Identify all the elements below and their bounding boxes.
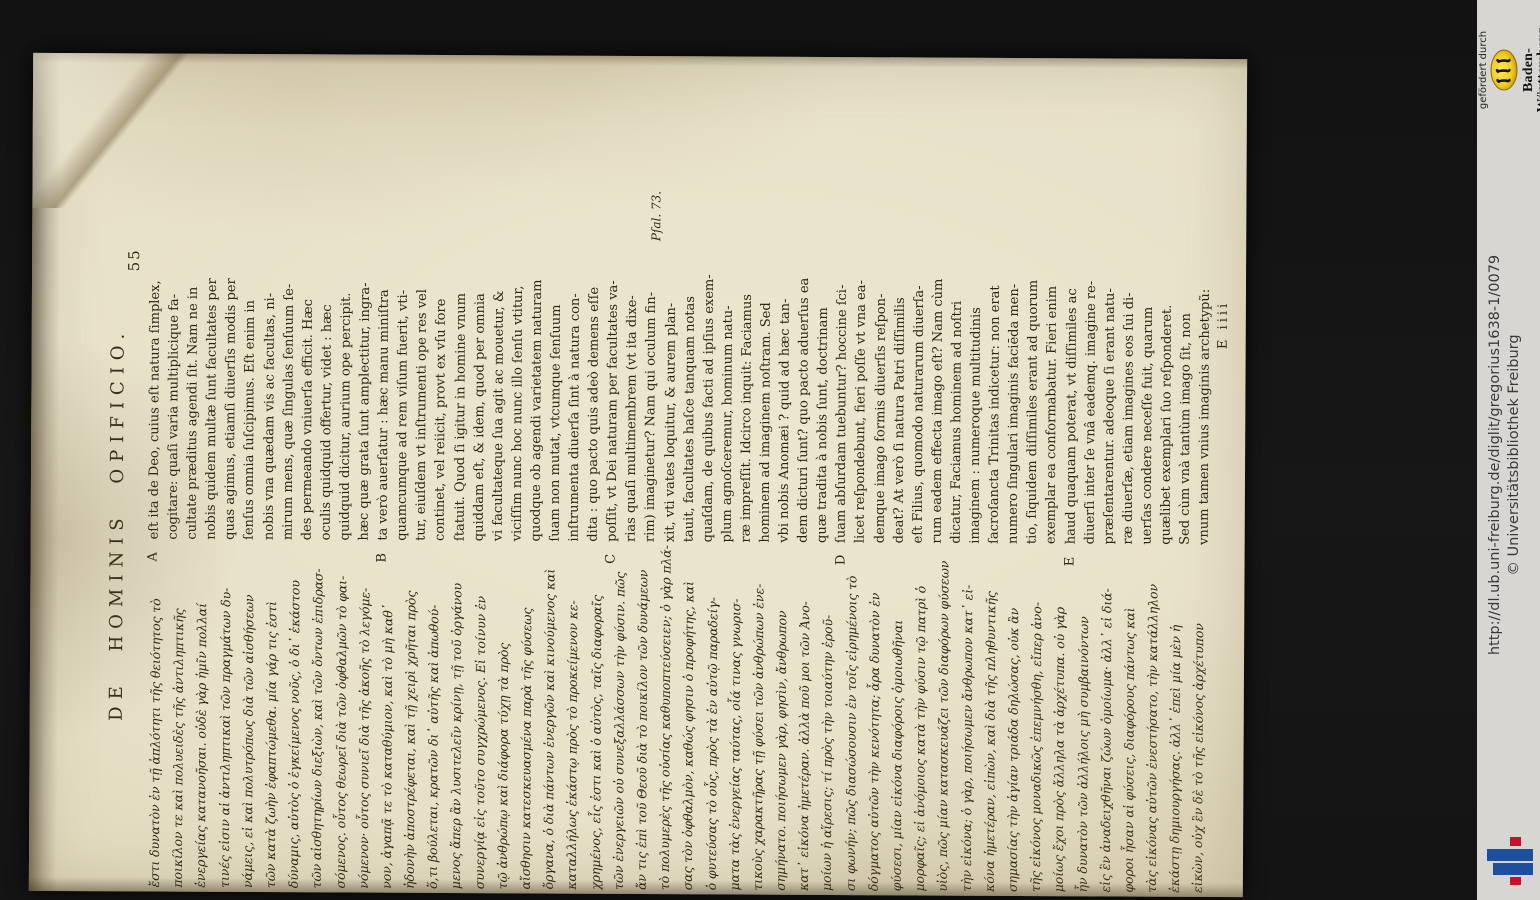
psalm-margin-note: Pſal. 73. <box>649 191 663 241</box>
latin-text-line: quæ tradita à nobis ſunt, doctrinam <box>813 245 834 543</box>
section-letter-b: B <box>375 553 390 563</box>
latin-text-line: plum agnoſceremur, hominum natu- <box>717 244 738 542</box>
latin-text-line: imaginem : numeroque multitudinis <box>966 246 987 544</box>
greek-text-line: ἦν δυνατὸν τῶν ἀλλήλοις μὴ συμβαινόντων <box>1070 556 1095 892</box>
latin-text-line: ræ diuerſæ, etiam imagines eos ſui di- <box>1118 247 1139 545</box>
greek-text-line: τῶν κατὰ ζωὴν ἐφαπτώμεθα. μία γάρ τις ἐσ… <box>259 552 284 888</box>
latin-text-line: poſſit, vt Dei naturam per facultates va… <box>603 244 624 542</box>
greek-text-line: κατ᾽ εἰκόνα ἡμετέραν. ἀλλὰ ποῦ μοι τῶν Ἀ… <box>792 555 817 891</box>
book-page: DE HOMINIS OPIFICIO. 55 ἔστι δυνατὸν ἐν … <box>29 53 1247 897</box>
greek-text-line: τὸ πολυμερὲς τῆς οὐσίας καθυποπτεύσειεν;… <box>653 554 678 890</box>
latin-text-line: viciſſim nunc hoc nunc illo ſenſu vtitur… <box>507 243 528 541</box>
greek-text-line: μοίων ἡ αἵρεσις; τί πρὸς τὴν τοιαύτην ἐρ… <box>815 555 840 891</box>
section-letter-c: C <box>604 554 619 564</box>
greek-text-line: τικοὺς χαρακτῆρας τῇ φύσει τῶν ἀνθρώπων … <box>746 555 771 891</box>
greek-text-line: νον, ἀγαπᾷ τε τὸ καταθύμιον, καὶ τὸ μὴ κ… <box>375 553 400 889</box>
ub-logo-blue-bar <box>1493 863 1533 875</box>
latin-text-line: nobis vna quædam vis ac facultas, ni- <box>259 242 280 540</box>
greek-text-line: σόμενος. οὗτος θεωρεῖ διὰ τῶν ὀφθαλμῶν τ… <box>328 552 353 888</box>
bw-wordmark: Baden-Württemberg <box>1522 6 1540 134</box>
latin-text-line: quodque ob agendi varietatem naturam <box>527 243 548 541</box>
latin-text-line: eſt ita de Deo, cuius eſt natura ſimplex… <box>145 241 166 539</box>
digitization-url: http://dl.ub.uni-freiburg.de/diglit/greg… <box>1486 185 1505 725</box>
latin-text-line: præſentarentur. adeoque ſi erant natu- <box>1099 246 1120 544</box>
ub-freiburg-logo-icon <box>1485 829 1533 885</box>
section-letter-d: D <box>834 555 849 566</box>
latin-text-line: demque imago formis diuerſis reſpon- <box>870 245 891 543</box>
latin-text-line: quaſdam, de quibus facti ad ipſius exem- <box>698 244 719 542</box>
greek-text-line: σας τὸν ὀφθαλμὸν, καθώς φησιν ὁ προφήτης… <box>676 554 701 890</box>
greek-text-line: μορφαῖς; εἰ ἀνόμοιος κατὰ τὴν φύσιν τῷ π… <box>908 555 933 891</box>
latin-text-line: xit, vti vates loquitur, & aurem plan- <box>660 244 681 542</box>
latin-text-line: dem dicturi ſunt? quo pacto aduerſus ea <box>794 245 815 543</box>
latin-text-line: quidquid dicitur, aurium ope percipit. <box>336 242 357 540</box>
latin-text-line: oculis quidquid offertur, videt : hæc <box>316 242 337 540</box>
latin-text-line: mirum mens, quæ ſingulas ſenſuum ſe- <box>278 242 299 540</box>
greek-text-line: ἐνεργείας κατανοῆσαι. οὐδὲ γὰρ ἡμῖν πολλ… <box>189 552 214 888</box>
latin-text-line: dita : quo pacto quis adeò demens eſſe <box>584 244 605 542</box>
greek-text-line: μενος ἅπερ ἂν λυσιτελεῖν κρίνῃ, τῇ τοῦ ὀ… <box>444 553 469 889</box>
library-banner-rotated: http://dl.ub.uni-freiburg.de/diglit/greg… <box>1477 0 1540 900</box>
ub-logo-blue-bar <box>1487 849 1533 861</box>
greek-text-line: τὰς εἰκόνας αὐτῶν ἐνεστήσατο, τὴν κατάλλ… <box>1140 557 1165 893</box>
greek-text-line: ὅ,τι βούλεται, κρατῶν δι᾽ αὐτῆς καὶ ἀπωθ… <box>421 553 446 889</box>
latin-text-line: ſacroſancta Trinitas indicetur: non erat <box>985 246 1006 544</box>
latin-text-line: tio, ſiquidem diſſimiles erant ad quorum <box>1023 246 1044 544</box>
greek-text-line: τῶν ἐνεργειῶν οὐ συνεξαλλάσσων τὴν φύσιν… <box>607 554 632 890</box>
library-banner: http://dl.ub.uni-freiburg.de/diglit/greg… <box>1477 0 1540 900</box>
latin-text-line: vnum tamen vnius imaginis archetypũ: <box>1195 247 1216 545</box>
greek-text-line: τινές εἰσιν αἱ ἀντιληπτικαὶ τῶν πραγμάτω… <box>212 552 237 888</box>
greek-text-line: ἑκάστῃ δημιουργήσας. ἀλλ᾽ ἐπεὶ μία μὲν ἡ <box>1163 557 1188 893</box>
latin-text-line: ſuam non mutat, vtcumque ſenſuum <box>546 244 567 542</box>
greek-text-line: σημήνατο. ποιήσωμεν γὰρ, φησὶν, ἄνθρωπον <box>769 555 794 891</box>
greek-text-line: σι φωνήν; πῶς διασώσουσιν ἐν τοῖς εἰρημέ… <box>838 555 863 891</box>
latin-text-line: tauit, facultates haſce tanquam notas <box>679 244 700 542</box>
latin-text-line: licet reſpondebunt, fieri poſſe vt vna e… <box>851 245 872 543</box>
latin-text-line: uerſas condere neceſſe fuit, quarum <box>1138 247 1159 545</box>
greek-text-line: τῷ ἀνθρώπῳ καὶ διάφορα τύχῃ τὰ πρὸς <box>491 553 516 889</box>
greek-text-line: δόγματος αὐτῶν τὴν κενότητα; ἆρα δυνατὸν… <box>862 555 887 891</box>
greek-text-line: τῶν αἰσθητηρίων διεξιὼν, καὶ τῶν ὄντων ἐ… <box>305 552 330 888</box>
latin-text-line: diuerſi inter ſe vnâ eademq. imagine re- <box>1080 246 1101 544</box>
greek-text-line: ἔστι δυνατὸν ἐν τῇ ἁπλότητι τῆς θειότητο… <box>143 551 168 887</box>
latin-text-line: exemplar ea conformabatur. Fieri enim <box>1042 246 1063 544</box>
bw-three-lions-icon <box>1490 49 1518 91</box>
greek-text-line: τὴν εἰκόνα; ὁ γὰρ, ποιήσωμεν ἄνθρωπον κα… <box>954 556 979 892</box>
latin-text-line: ſenſus omnia ſuſcipimus. Eſt enim in <box>240 242 261 540</box>
scan-viewer: DE HOMINIS OPIFICIO. 55 ἔστι δυνατὸν ἐν … <box>0 0 1540 900</box>
greek-text-line: σημασίας τὴν ἁγίαν τριάδα δηλώσας, οὐκ ἂ… <box>1001 556 1026 892</box>
page-number: 55 <box>125 248 143 271</box>
section-letter-a: A <box>146 552 161 561</box>
latin-text-line: ſtatuit. Quod ſi igitur in homine vnum <box>450 243 471 541</box>
latin-text-line: vbi nobis Anomæi ? quid ad hæc tan- <box>775 245 796 543</box>
latin-text-line: deat? At verò ſi natura Patri diſſimilis <box>889 245 910 543</box>
greek-text-line: ποικίλον τε καὶ πολυειδὲς τῆς ἀντιληπτικ… <box>166 552 191 888</box>
greek-text-line: συνεργίᾳ εἰς τοῦτο συγχρώμενος. Εἰ τοίνυ… <box>467 553 492 889</box>
latin-text-line: hæc quæ grata ſunt amplectitur, ingra- <box>355 243 376 541</box>
latin-text-line: rias quaſi multimembrem (vt ita dixe- <box>622 244 643 542</box>
latin-text-line: numero ſingulari imaginis faciēda men- <box>1004 246 1025 544</box>
latin-text-line: hominem ad imaginem noſtram. Sed <box>756 245 777 543</box>
quire-signature: E iiii <box>1216 301 1231 349</box>
greek-text-line: εἰκὼν, οὐχ ἓν δὲ τὸ τῆς εἰκόνος ἀρχέτυπο… <box>1186 557 1211 893</box>
banner-text-block: http://dl.ub.uni-freiburg.de/diglit/greg… <box>1486 185 1524 725</box>
latin-text-line: cogitare: quaſi varia multiplicique fa- <box>164 242 185 540</box>
greek-text-line: ματα τὰς ἐνεργείας ταύτας, οἷά τινας γνω… <box>723 554 748 890</box>
latin-text-line: eſt Filius, quomodo naturarum diuerſa- <box>908 245 929 543</box>
latin-text-line: haud quaquam poterat, vt diſſimiles ac <box>1061 246 1082 544</box>
greek-text-line: μοίως ἔχοι πρὸς ἄλληλα τὰ ἀρχέτυπα. οὐ γ… <box>1047 556 1072 892</box>
latin-text-line: dicatur, Faciamus hominem ad noſtri <box>947 246 968 544</box>
latin-text-line: vi facultateque ſua agit ac mouetur, & <box>488 243 509 541</box>
greek-text-line: χρημένος, εἷς ἐστι καὶ ὁ αὐτὸς, ταῖς δια… <box>583 554 608 890</box>
page-content-rotated: DE HOMINIS OPIFICIO. 55 ἔστι δυνατὸν ἐν … <box>29 53 1247 897</box>
copyright-notice: © Universitätsbibliothek Freiburg <box>1505 185 1524 725</box>
latin-text-line: continet, vel reiicit, provt ex vſu fore <box>431 243 452 541</box>
greek-text-line: δύναμις, αὐτὸς ὁ ἐγκείμενος νοῦς, ὁ δι᾽ … <box>282 552 307 888</box>
funding-credit-label: gefördert durch <box>1479 6 1489 134</box>
greek-text-line: ἄν τις ἐπὶ τοῦ Θεοῦ διὰ τὸ ποικίλον τῶν … <box>630 554 655 890</box>
greek-text-line: ὄργανα, ὁ διὰ πάντων ἐνεργῶν καὶ κινούμε… <box>537 553 562 889</box>
greek-text-line: φοροι ἦσαν αἱ φύσεις, διαφόρους πάντως κ… <box>1117 557 1142 893</box>
greek-text-line: ὁ φυτεύσας τὸ οὖς, πρὸς τὰ ἐν αὑτῷ παραδ… <box>699 554 724 890</box>
section-letter-e: E <box>1063 557 1078 567</box>
latin-text-line: des permeando vniuerſa efficit. Hæc <box>297 242 318 540</box>
latin-text-line: nobis quidem multæ ſunt facultates per <box>202 242 223 540</box>
greek-text-line: τῆς εἰκόνος μοναδικῶς ἐπεμνήσθη, εἴπερ ἀ… <box>1024 556 1049 892</box>
latin-text-line: quælibet exemplari ſuo reſponderet. <box>1157 247 1178 545</box>
ub-logo-red-block <box>1510 837 1521 846</box>
greek-text-line: καταλλήλως ἑκάστῳ πρὸς τὸ προκείμενον κε… <box>560 554 585 890</box>
latin-text-line: ſuam abſurdam tuebuntur? hoccine ſci- <box>832 245 853 543</box>
latin-text-line: quamcumque ad rem viſum fuerit, vti- <box>393 243 414 541</box>
funding-credit: gefördert durch <box>1479 6 1540 134</box>
latin-text-line: rum eadem effecta imago eſt? Nam cùm <box>927 246 948 544</box>
latin-text-line: tur, eiuſdem vt inſtrumenti ope res vel <box>412 243 433 541</box>
latin-text-line: quas agimus, etiamſi diuerſis modis per <box>221 242 242 540</box>
greek-text-line: εἰς ἓν ἀναδειχθῆναι ζώων ὁμοίωμα· ἀλλ᾽ ε… <box>1094 556 1119 892</box>
greek-text-line: νάμεις, εἰ καὶ πολυτρόπως διὰ τῶν αἰσθήσ… <box>236 552 261 888</box>
latin-text-line: rim) imaginetur? Nam qui oculum fin- <box>641 244 662 542</box>
latin-text-line: ta verò auerſatur : hæc manu miniſtra <box>374 243 395 541</box>
ub-logo-red-block <box>1510 877 1521 885</box>
greek-column: ἔστι δυνατὸν ἐν τῇ ἁπλότητι τῆς θειότητο… <box>143 551 1211 893</box>
greek-text-line: υἱὸς, πῶς μίαν κατασκευάζει τῶν διαφόρων… <box>931 556 956 892</box>
latin-text-line: Sed cùm vnà tantùm imago ſit, non <box>1176 247 1197 545</box>
greek-text-line: νόμενον· οὗτος συνιεῖ διὰ τῆς ἀκοῆς τὸ λ… <box>352 553 377 889</box>
greek-text-line: αἴσθησιν κατεσκευασμένα παρὰ τῆς φύσεως <box>514 553 539 889</box>
greek-text-line: κόνα ἡμετέραν, εἰπὼν, καὶ διὰ τῆς πληθυν… <box>978 556 1003 892</box>
latin-text-line: inſtrumenta diuerſa ſint à natura con- <box>565 244 586 542</box>
latin-column: eſt ita de Deo, cuius eſt natura ſimplex… <box>145 241 1216 545</box>
latin-text-line: quiddam eſt, & idem, quod per omnia <box>469 243 490 541</box>
greek-text-line: ἡδονὴν ἀποστρέφεται, καὶ τῇ χειρὶ χρῆται… <box>398 553 423 889</box>
running-header: DE HOMINIS OPIFICIO. <box>105 286 128 761</box>
greek-text-line: φύσεσι, μίαν εἰκόνα διαφόροις ὁμοιωθῆναι <box>885 555 910 891</box>
latin-text-line: cultate præditus agendi ſit. Nam ne in <box>183 242 204 540</box>
latin-text-line: ræ impreſſit. Idcirco inquit: Faciamus <box>737 245 758 543</box>
